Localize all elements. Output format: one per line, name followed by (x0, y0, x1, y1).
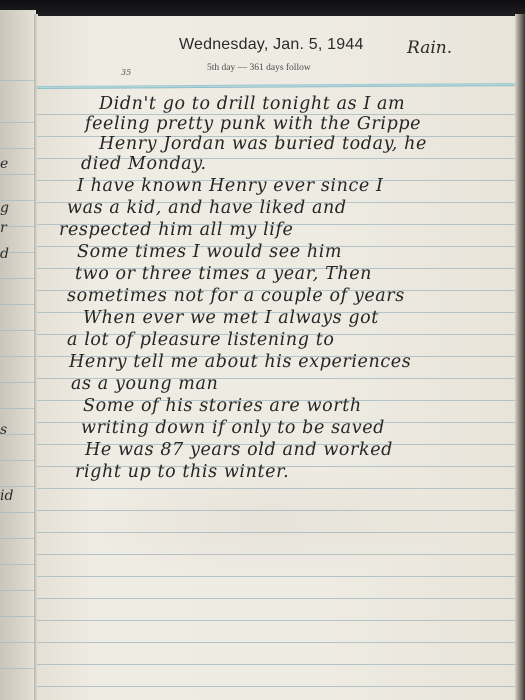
entry-line: died Monday. (81, 154, 207, 174)
ruled-line (37, 620, 517, 621)
diary-page: Wednesday, Jan. 5, 1944 5th day — 361 da… (37, 16, 517, 700)
ruled-line (37, 686, 517, 687)
entry-line: feeling pretty punk with the Grippe (85, 114, 421, 134)
page-edge (515, 14, 525, 700)
facing-rule (0, 148, 36, 149)
facing-rule (0, 304, 36, 305)
facing-text-fragment: s (0, 422, 7, 438)
entry-line: right up to this winter. (75, 462, 289, 482)
facing-text-fragment: id (0, 488, 13, 504)
bleed-through-shadow (77, 466, 457, 576)
ruled-line (37, 576, 517, 577)
ruled-line (37, 598, 517, 599)
entry-line: He was 87 years old and worked (85, 440, 393, 460)
facing-rule (0, 538, 36, 539)
ruled-line (37, 664, 517, 665)
entry-line: respected him all my life (59, 220, 294, 240)
facing-rule (0, 408, 36, 409)
facing-text-fragment: e (0, 156, 8, 172)
facing-rule (0, 564, 36, 565)
entry-line: as a young man (71, 374, 218, 394)
facing-page: e g r d s id (0, 10, 36, 700)
entry-line: two or three times a year, Then (75, 264, 372, 284)
facing-text-fragment: d (0, 246, 9, 262)
entry-line: Some times I would see him (77, 242, 342, 262)
facing-rule (0, 382, 36, 383)
facing-text-fragment: g (0, 200, 9, 216)
ruled-line (37, 642, 517, 643)
entry-line: sometimes not for a couple of years (67, 286, 405, 306)
facing-rule (0, 616, 36, 617)
facing-rule (0, 642, 36, 643)
facing-rule (0, 278, 36, 279)
day-count-subheading: 5th day — 361 days follow (207, 63, 311, 73)
facing-rule (0, 174, 36, 175)
entry-line: was a kid, and have liked and (67, 198, 347, 218)
facing-rule (0, 590, 36, 591)
facing-rule (0, 460, 36, 461)
weather-note: Rain. (407, 38, 452, 58)
entry-line: Henry tell me about his experiences (69, 352, 411, 372)
facing-rule (0, 330, 36, 331)
entry-line: writing down if only to be saved (81, 418, 385, 438)
entry-line: Didn't go to drill tonight as I am (99, 94, 405, 114)
header-rule (37, 83, 517, 89)
entry-line: a lot of pleasure listening to (67, 330, 334, 350)
entry-line: I have known Henry ever since I (77, 176, 384, 196)
facing-rule (0, 668, 36, 669)
facing-rule (0, 512, 36, 513)
facing-rule (0, 486, 36, 487)
page-mark: 35 (121, 68, 131, 77)
facing-text-fragment: r (0, 220, 7, 236)
entry-line: Some of his stories are worth (83, 396, 362, 416)
facing-rule (0, 122, 36, 123)
page-date-heading: Wednesday, Jan. 5, 1944 (179, 36, 364, 54)
facing-rule (0, 356, 36, 357)
entry-line: Henry Jordan was buried today, he (99, 134, 427, 154)
entry-line: When ever we met I always got (83, 308, 379, 328)
facing-rule (0, 80, 36, 81)
